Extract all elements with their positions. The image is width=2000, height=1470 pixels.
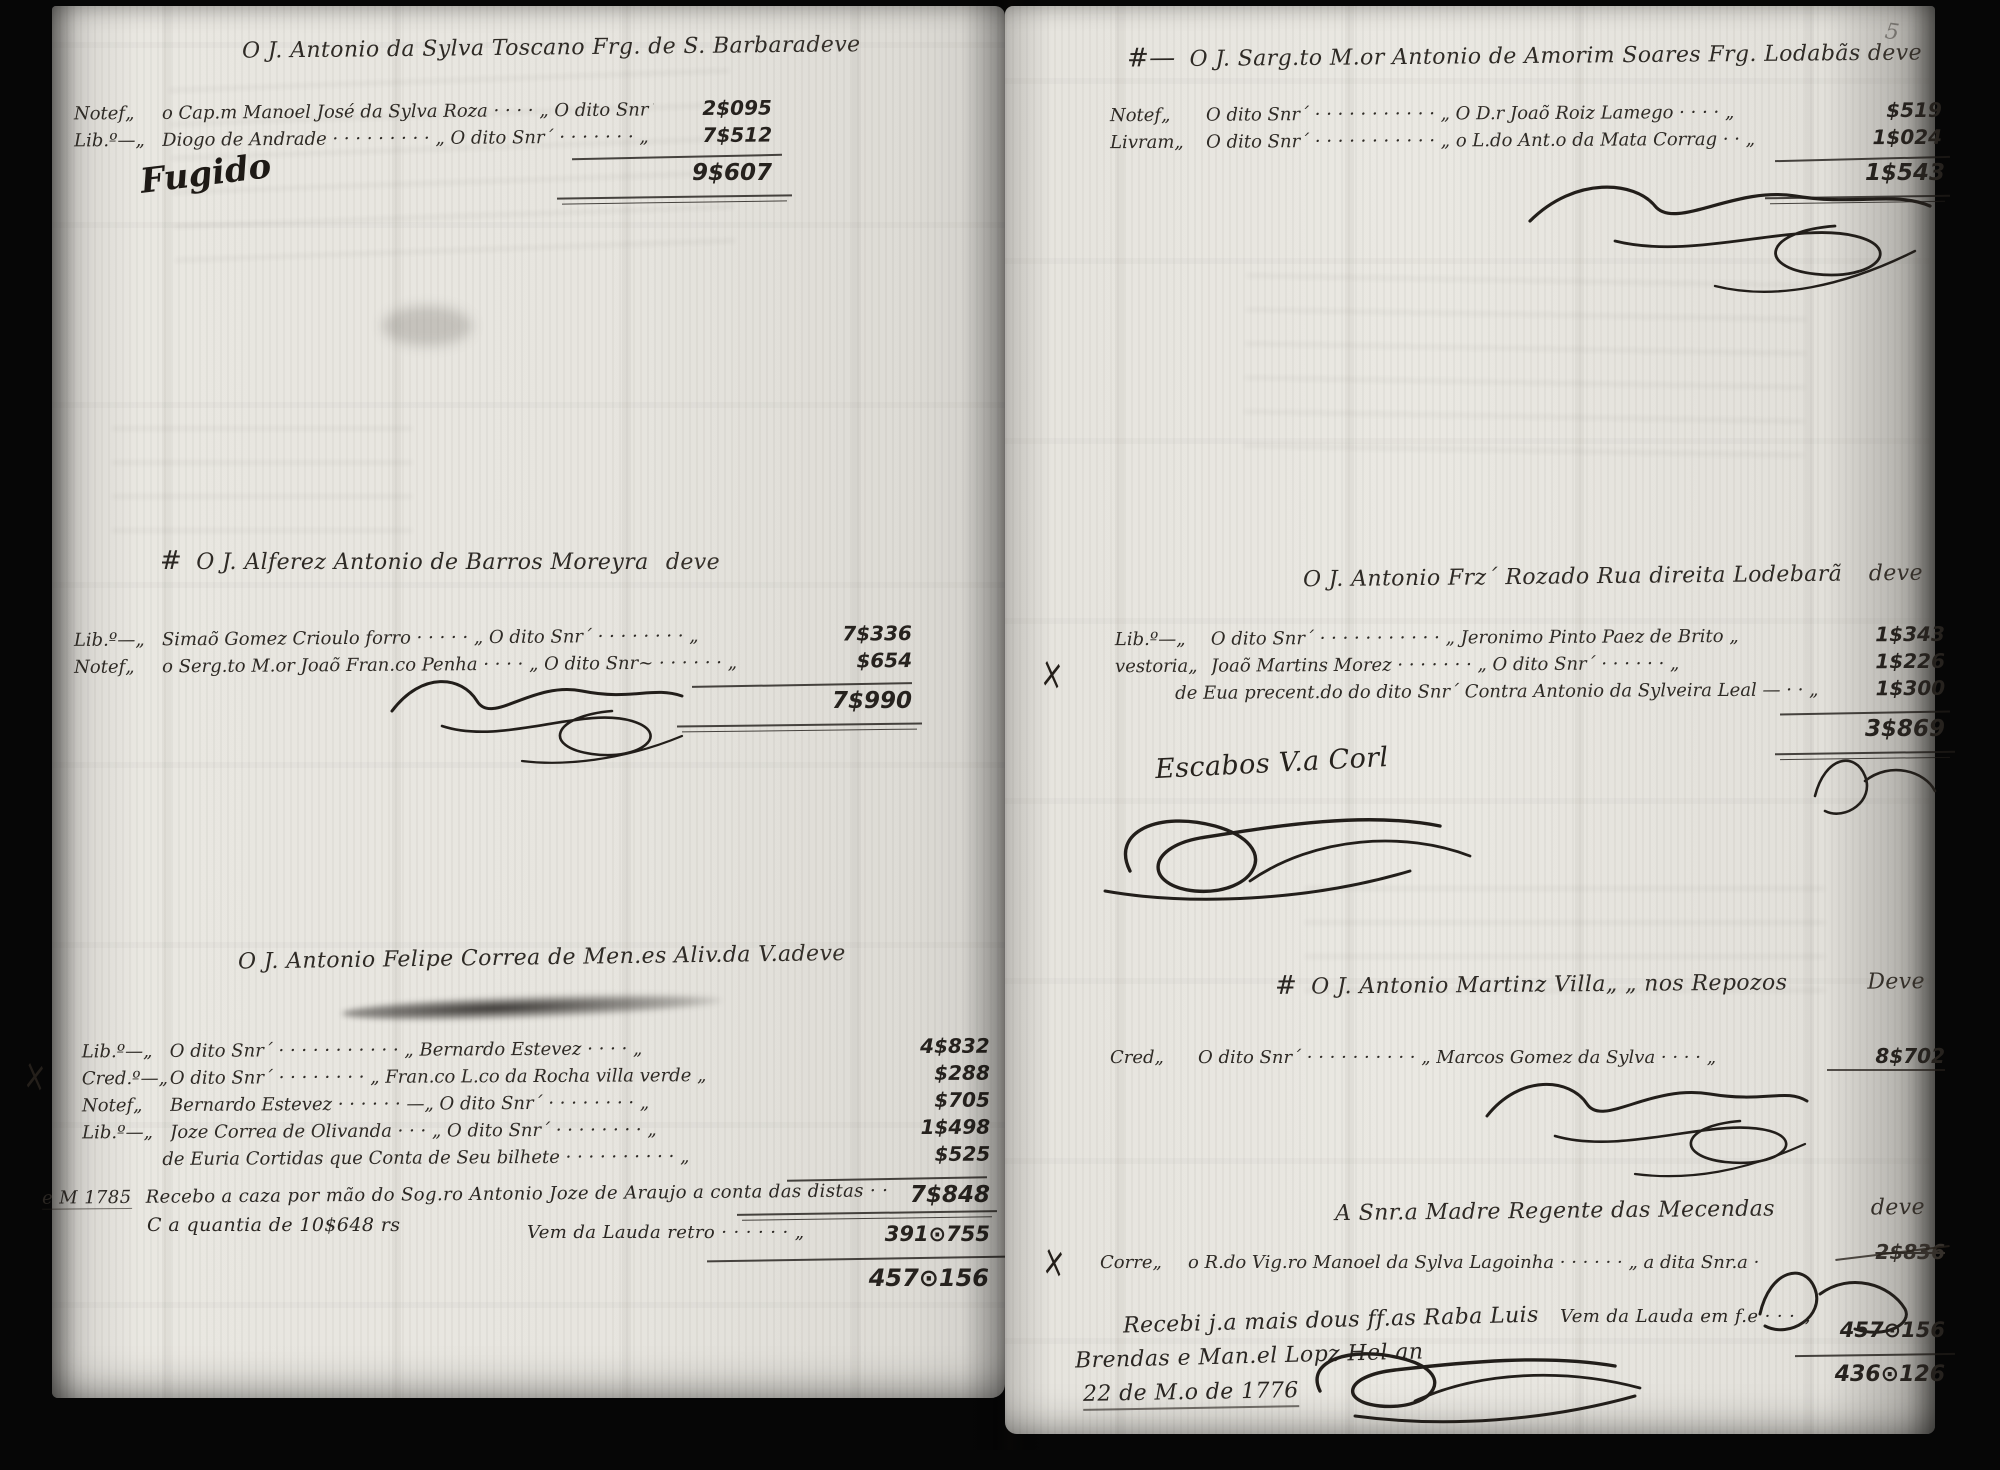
account-total: 457⊙156	[727, 1264, 989, 1292]
entry-type-label: Lib.º—„	[82, 1122, 170, 1143]
entry-amount: 2$095	[654, 96, 772, 121]
entry-amount: 4$832	[872, 1034, 990, 1059]
account-total: 9$607	[552, 160, 772, 186]
hash-mark: #	[1275, 971, 1297, 1001]
entry-rows: Cred„ O dito Snr´ · · · · · · · · · · „ …	[1110, 1044, 1945, 1071]
entry-amount: $654	[794, 648, 912, 673]
entry-type-label: Cred.º—„	[82, 1068, 170, 1089]
margin-x-mark: ×	[1041, 1235, 1067, 1291]
account-title: A Snr.a Madre Regente das Mecendas	[1335, 1196, 1775, 1226]
account-title: O J. Antonio Martinz Villa„ „ nos Repozo…	[1311, 970, 1787, 999]
rule	[742, 1216, 992, 1220]
entry-rows: Lib.º—„ O dito Snr´ · · · · · · · · · · …	[82, 1034, 991, 1174]
entry-text: O dito Snr´ · · · · · · · · · · „ Marcos…	[1198, 1047, 1827, 1068]
entry-rows: Lib.º—„ O dito Snr´ · · · · · · · · · · …	[1115, 622, 1945, 707]
account-total: 7$990	[682, 688, 912, 714]
entry-rows: Lib.º—„ Simaõ Gomez Crioulo forro · · · …	[74, 621, 912, 681]
account-title: O J. Antonio Frz´ Rozado Rua direita Lod…	[1303, 562, 1842, 593]
total-rule	[1765, 195, 1950, 200]
entry-amount: $519	[1824, 98, 1942, 123]
entry-text: O dito Snr´ · · · · · · · · · · · „ Jero…	[1211, 625, 1827, 649]
entry-text: Bernardo Estevez · · · · · · —„ O dito S…	[170, 1091, 872, 1116]
bleed-through-smudge	[112, 426, 412, 546]
bleed-through-smudge	[1243, 261, 1806, 471]
account-header-barros-moreyra: # O J. Alferez Antonio de Barros Moreyra…	[160, 546, 720, 576]
deve-label: deve	[666, 550, 720, 575]
account-header-felipe-correa: O J. Antonio Felipe Correa de Men.es Ali…	[238, 943, 738, 975]
deve-label: deve	[1868, 41, 1922, 66]
account-header-martinz-villa: # O J. Antonio Martinz Villa„ „ nos Repo…	[1275, 965, 1925, 1001]
margin-x-mark: ×	[1039, 647, 1065, 703]
signature-flourish-frmes	[1100, 776, 1500, 926]
account-title: O J. Antonio da Sylva Toscano Frg. de S.…	[242, 33, 807, 64]
total-rule	[557, 194, 792, 199]
entry-type-label: Cred„	[1110, 1047, 1198, 1068]
entry-type-label: Notef„	[74, 103, 162, 125]
ledger-row: Corre„ o R.do Vig.ro Manoel da Sylva Lag…	[1100, 1252, 1760, 1279]
note-year-label: e M 1785	[42, 1187, 132, 1210]
entry-text: o R.do Vig.ro Manoel da Sylva Lagoinha ·…	[1188, 1252, 1760, 1273]
carry-forward-amount: 457⊙156	[1805, 1318, 1945, 1342]
entry-rows: Notef„ o Cap.m Manoel José da Sylva Roza…	[74, 96, 772, 155]
total-rule	[677, 723, 922, 728]
entry-amount: 1$343	[1827, 622, 1945, 647]
entry-text: Simaõ Gomez Crioulo forro · · · · · „ O …	[162, 625, 794, 650]
total-rule	[682, 729, 917, 733]
deve-label: deve	[1869, 561, 1923, 587]
left-page: O J. Antonio da Sylva Toscano Frg. de S.…	[52, 6, 1005, 1398]
right-page: 5 #— O J. Sarg.to M.or Antonio de Amorim…	[1005, 6, 1935, 1434]
account-total: 1$543	[1795, 160, 1945, 186]
entry-type-label: Notef„	[74, 656, 162, 678]
header-spacer	[1775, 1214, 1871, 1215]
brendas-line: Brendas e Man.el Lopz Hel an	[1075, 1339, 1424, 1373]
ledger-photograph: O J. Antonio da Sylva Toscano Frg. de S.…	[0, 0, 2000, 1470]
account-title: O J. Antonio Felipe Correa de Men.es Ali…	[238, 942, 792, 975]
ledger-row: vestoria„ Joaõ Martins Morez · · · · · ·…	[1115, 649, 1945, 680]
entry-amount: 8$702	[1827, 1044, 1945, 1071]
header-spacer	[1787, 989, 1867, 990]
entry-type-label: Lib.º—„	[82, 1041, 170, 1062]
ledger-row: Lib.º—„ O dito Snr´ · · · · · · · · · · …	[1115, 622, 1945, 653]
entry-amount: 1$498	[872, 1115, 990, 1140]
ledger-row: de Eua precent.do do dito Snr´ Contra An…	[1115, 676, 1945, 707]
entry-type-label: Notef„	[1110, 105, 1206, 127]
entry-text: O dito Snr´ · · · · · · · · · · · „ Bern…	[170, 1037, 872, 1062]
entry-type-label: Livram„	[1110, 132, 1206, 154]
entry-text: o Serg.to M.or Joaõ Fran.co Penha · · · …	[162, 652, 794, 677]
rule	[737, 1210, 997, 1216]
entry-amount: 1$226	[1827, 649, 1945, 674]
entry-rows: Corre„ o R.do Vig.ro Manoel da Sylva Lag…	[1100, 1252, 1760, 1279]
account-header-madre-regente: A Snr.a Madre Regente das Mecendas deve	[1335, 1195, 1925, 1226]
total-rule	[1780, 757, 1950, 760]
entry-amount: $288	[872, 1061, 990, 1086]
total-rule	[1795, 1353, 1955, 1357]
account-title: O J. Sarg.to M.or Antonio de Amorim Soar…	[1190, 41, 1861, 72]
account-title: O J. Alferez Antonio de Barros Moreyra	[196, 550, 648, 575]
margin-x-mark: ×	[22, 1049, 48, 1105]
entry-text: Diogo de Andrade · · · · · · · · · „ O d…	[162, 126, 654, 150]
entry-type-label: vestoria„	[1115, 656, 1211, 678]
entry-amount: 7$512	[654, 123, 772, 148]
account-total: 3$869	[1790, 716, 1945, 742]
entry-type-label: Lib.º—„	[1115, 629, 1211, 651]
ink-smear	[342, 989, 723, 1024]
entry-text: Joze Correa de Olivanda · · · „ O dito S…	[170, 1118, 872, 1143]
ledger-row: Livram„ O dito Snr´ · · · · · · · · · · …	[1110, 125, 1942, 156]
escabos-note: Escabos V.a Corl	[1154, 742, 1389, 785]
entry-text: Joaõ Martins Morez · · · · · · · „ O dit…	[1211, 652, 1827, 676]
deve-label: deve	[1871, 1195, 1925, 1221]
entry-text: de Eua precent.do do dito Snr´ Contra An…	[1175, 679, 1827, 703]
ledger-row: Lib.º—„ Diogo de Andrade · · · · · · · ·…	[74, 123, 772, 155]
account-header-amorim-soares: #— O J. Sarg.to M.or Antonio de Amorim S…	[1127, 37, 1922, 74]
ledger-row: Notef„ O dito Snr´ · · · · · · · · · · ·…	[1110, 98, 1942, 129]
ledger-row: Notef„ o Serg.to M.or Joaõ Fran.co Penha…	[74, 648, 912, 681]
deve-label: deve	[791, 941, 846, 967]
total-rule	[1780, 711, 1950, 716]
signature-flourish-pinheyro	[1475, 1066, 1815, 1181]
entry-text: O dito Snr´ · · · · · · · · · · · „ O D.…	[1206, 101, 1824, 125]
signature-flourish-pinheyro	[1515, 166, 1945, 316]
entry-amount: $705	[872, 1088, 990, 1113]
recebi-line: Recebi j.a mais dous ff.as Raba Luis	[1123, 1303, 1539, 1339]
entry-type-label: Lib.º—„	[74, 629, 162, 651]
deve-label: Deve	[1867, 969, 1925, 995]
total-rule	[707, 1256, 1007, 1263]
entry-text: de Euria Cortidas que Conta de Seu bilhe…	[162, 1145, 872, 1170]
signature-flourish-pinheyro	[382, 666, 702, 776]
fugido-annotation: Fugido	[138, 146, 273, 202]
entry-type-label: Lib.º—„	[74, 130, 162, 152]
quantia-note: C a quantia de 10$648 rs	[147, 1214, 400, 1236]
entry-type-label: Corre„	[1100, 1252, 1188, 1273]
carry-forward-amount: 391⊙755	[752, 1222, 990, 1246]
entry-text: O dito Snr´ · · · · · · · · „ Fran.co L.…	[170, 1064, 872, 1089]
entry-amount: 7$336	[794, 621, 912, 646]
total-rule	[1770, 201, 1945, 204]
carry-forward-text: Vem da Lauda em f.e · · · „	[1560, 1306, 1811, 1327]
account-total: 436⊙126	[1805, 1362, 1945, 1387]
entry-amount: 1$024	[1824, 125, 1942, 150]
date-line: 22 de M.o de 1776	[1083, 1378, 1299, 1411]
hash-mark: #	[160, 546, 182, 576]
entry-rows: Notef„ O dito Snr´ · · · · · · · · · · ·…	[1110, 98, 1942, 156]
ledger-row: de Euria Cortidas que Conta de Seu bilhe…	[82, 1142, 990, 1174]
ink-stain	[382, 306, 472, 346]
total-rule	[1775, 751, 1955, 756]
entry-amount: $525	[872, 1142, 990, 1167]
deve-label: deve	[806, 32, 860, 58]
entry-text: O dito Snr´ · · · · · · · · · · · „ o L.…	[1206, 128, 1824, 152]
entry-amount: 1$300	[1827, 676, 1945, 701]
account-header-toscano: O J. Antonio da Sylva Toscano Frg. de S.…	[242, 33, 752, 63]
entry-text: o Cap.m Manoel José da Sylva Roza · · · …	[162, 99, 654, 123]
hash-mark: #—	[1127, 43, 1176, 73]
entry-type-label: Notef„	[82, 1095, 170, 1116]
total-rule	[562, 200, 787, 204]
account-header-frz-rozado: O J. Antonio Frz´ Rozado Rua direita Lod…	[1303, 561, 1923, 592]
ledger-row: Cred„ O dito Snr´ · · · · · · · · · · „ …	[1110, 1044, 1945, 1071]
